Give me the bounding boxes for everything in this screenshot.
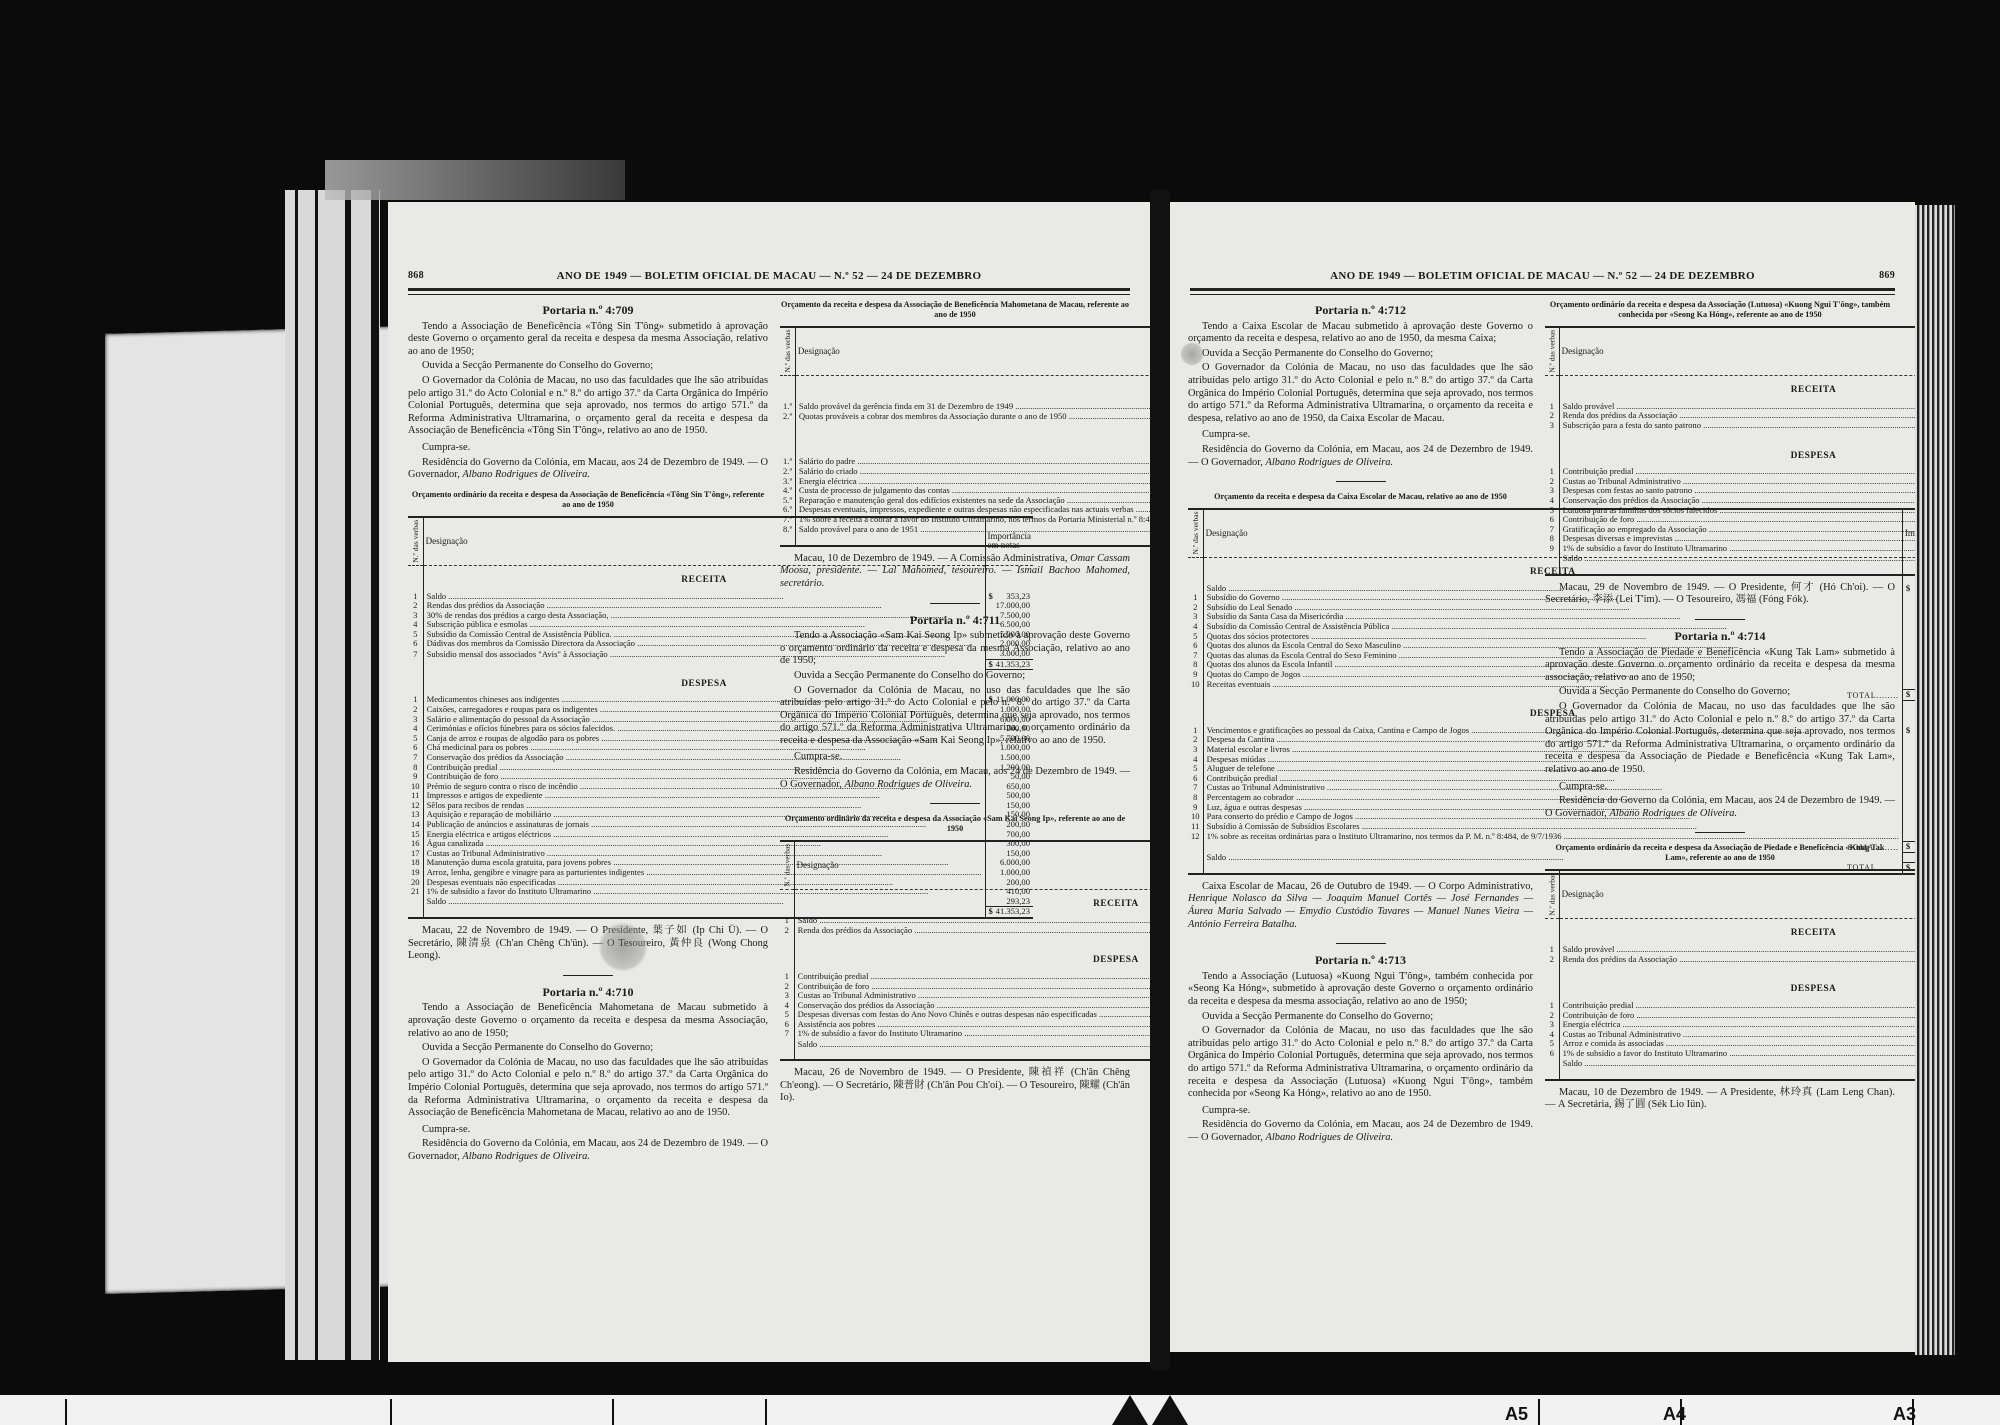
paragraph: Ouvida a Secção Permanente do Conselho d… (1545, 686, 1895, 699)
row-number (780, 1039, 794, 1049)
table-row: 4.ªCusta de processo de julgamento das c… (780, 486, 1150, 496)
table-row: 1Saldo provável$110,73 (1545, 402, 1915, 412)
running-title: ANO DE 1949 — BOLETIM OFICIAL DE MACAU —… (1190, 270, 1895, 282)
signature: Caixa Escolar de Macau, 26 de Outubro de… (1188, 881, 1533, 931)
paragraph: Tendo a Associação «Sam Kai Seong Ip» su… (780, 630, 1130, 668)
total-row: $1.528,54 (780, 1049, 1150, 1060)
frame-label: A3 (1893, 1404, 1916, 1425)
residencia: Residência do Governo da Colónia, em Mac… (408, 457, 768, 482)
separator (1336, 481, 1386, 482)
section-receita: RECEITA (1559, 376, 1915, 402)
paragraph: Tendo a Associação de Beneficência Mahom… (408, 1002, 768, 1040)
cumpra-se: Cumpra-se. (408, 1124, 768, 1137)
row-description: Saldo provável (1563, 945, 1915, 955)
table-row: 3Subscrição para a festa do santo patron… (1545, 421, 1915, 431)
frame-arrow-icon (1152, 1395, 1188, 1425)
column-right-2: Orçamento ordinário da receita e despesa… (1545, 300, 1895, 1114)
table-header: N.º das verbasDesignaçãoImportância em n… (780, 841, 1150, 890)
table-row: Saldo8,03 (1545, 554, 1915, 564)
portaria-title: Portaria n.º 4:709 (408, 304, 768, 317)
running-head-right: ANO DE 1949 — BOLETIM OFICIAL DE MACAU —… (1190, 270, 1895, 288)
table-row: 71% de subsídio a favor do Instituto Ult… (780, 1029, 1150, 1039)
table-row: 2Renda dos prédios da Associação1.200,00 (780, 926, 1150, 936)
row-description: Custa de processo de julgamento das cont… (799, 486, 1150, 496)
row-description: Saldo (1563, 554, 1915, 564)
binding-shadow (325, 160, 625, 200)
separator (930, 803, 980, 804)
row-number (1545, 554, 1559, 564)
row-description: Contribuição de foro (1563, 515, 1915, 525)
portaria-title: Portaria n.º 4:710 (408, 986, 768, 999)
portaria-title: Portaria n.º 4:711 (780, 614, 1130, 627)
governor-name: Albano Rodrigues de Oliveira. (845, 779, 973, 790)
currency-sign: $ (1906, 584, 1910, 594)
table-row: 2.ªQuotas prováveis a cobrar dos membros… (780, 411, 1150, 421)
row-number: 8.ª (780, 525, 795, 535)
paragraph: O Governador da Colónia de Macau, no uso… (408, 375, 768, 438)
row-description: Renda dos prédios da Associação (798, 926, 1150, 936)
table-header: N.º das verbasDesignaçãoImportância em n… (1545, 870, 1915, 919)
table-row: 5.ªReparação e manutenção geral dos edif… (780, 496, 1150, 506)
table-row: 6Contribuição de foro14,00 (1545, 515, 1915, 525)
col-number-header: N.º das verbas (1188, 509, 1203, 557)
table-caption: Orçamento ordinário da receita e despesa… (408, 490, 768, 510)
governor-name: Albano Rodrigues de Oliveira. (1266, 1132, 1394, 1143)
paragraph: Ouvida a Secção Permanente do Conselho d… (408, 360, 768, 373)
row-description: Salário do criado (799, 467, 1150, 477)
row-description: Reparação e manutenção geral dos edifíci… (799, 496, 1150, 506)
portaria-title: Portaria n.º 4:713 (1188, 954, 1533, 967)
residencia: Residência do Governo da Colónia, em Mac… (408, 1138, 768, 1163)
table-row: 1.ªSaldo provável da gerência finda em 3… (780, 402, 1150, 412)
table-row: 2.ªSalário do criado240,00 (780, 467, 1150, 477)
right-page-stack (1915, 205, 1955, 1355)
row-description: Contribuição predial (1563, 467, 1915, 477)
paragraph: Tendo a Associação de Beneficência «Tông… (408, 321, 768, 359)
budget-table-4713: N.º das verbasDesignaçãoImportância em n… (1545, 326, 1915, 576)
table-row: 2Contribuição de foro4,50 (1545, 1011, 1915, 1021)
page-869: ANO DE 1949 — BOLETIM OFICIAL DE MACAU —… (1170, 202, 1915, 1352)
table-caption: Orçamento da receita e despesa da Caixa … (1188, 492, 1533, 502)
cumpra-se: Cumpra-se. (1545, 781, 1895, 794)
governor-name: Albano Rodrigues de Oliveira. (462, 469, 590, 480)
table-row: 8Despesas diversas e imprevistas60,00 (1545, 534, 1915, 544)
table-row: 1Saldo provável$63,68 (1545, 945, 1915, 955)
row-description: Despesas com festas ao santo patrono (1563, 486, 1915, 496)
total-row: SOMA ........$8.438,00 (780, 535, 1150, 546)
row-number: 1.ª (780, 402, 795, 412)
row-description: Salário do padre (799, 457, 1150, 467)
signature-names: Henrique Nolasco da Silva — Joaquim Manu… (1188, 893, 1533, 929)
frame-tick (612, 1399, 614, 1425)
row-number: 2.ª (780, 411, 795, 421)
row-description: Contribuição de foro (798, 982, 1150, 992)
col-designation-header: Designação (1559, 327, 1915, 376)
left-page-stack (285, 190, 380, 1360)
currency-sign: $ (1906, 842, 1910, 852)
table-row: 91% de subsídio a favor do Instituto Ult… (1545, 544, 1915, 554)
section-despesa: DESPESA (1559, 442, 1915, 468)
row-description: 1% de subsídio a favor do Instituto Ultr… (798, 1029, 1150, 1039)
microfilm-strip: A5 A4 A3 (0, 1395, 2000, 1425)
row-description: Contribuição predial (798, 972, 1150, 982)
table-caption: Orçamento ordinário da receita e despesa… (780, 814, 1130, 834)
row-description: Conservação dos prédios da Associação (798, 1001, 1150, 1011)
signature: Macau, 26 de Novembro de 1949. — O Presi… (780, 1067, 1130, 1105)
table-row: Saldo292,54 (780, 1039, 1150, 1049)
table-row: 3Custas ao Tribunal Administrativo82,00 (780, 991, 1150, 1001)
table-header: N.º das verbasDesignaçãoImportâncias (780, 327, 1150, 375)
column-right-1: Portaria n.º 4:712 Tendo a Caixa Escolar… (1188, 300, 1533, 1146)
residencia: Residência do Governo da Colónia, em Mac… (1188, 1119, 1533, 1144)
row-number: 7 (408, 649, 423, 659)
col-designation-header: Designação (795, 327, 1150, 375)
separator (563, 975, 613, 976)
row-description: Saldo provável (1563, 402, 1915, 412)
col-number-header: N.º das verbas (780, 841, 794, 890)
running-title: ANO DE 1949 — BOLETIM OFICIAL DE MACAU —… (408, 270, 1130, 282)
signature: Macau, 10 de Dezembro de 1949. — A Presi… (1545, 1087, 1895, 1112)
paragraph: Tendo a Caixa Escolar de Macau submetido… (1188, 321, 1533, 346)
row-description: Quotas prováveis a cobrar dos membros da… (799, 412, 1150, 422)
paragraph: O Governador da Colónia de Macau, no uso… (1545, 701, 1895, 777)
row-description: Despesas diversas com festas do Ano Novo… (798, 1010, 1150, 1020)
table-row: 7Gratificação ao empregado da Associação… (1545, 525, 1915, 535)
frame-label: A5 (1505, 1404, 1528, 1425)
portaria-title: Portaria n.º 4:712 (1188, 304, 1533, 317)
frame-tick (1538, 1399, 1540, 1425)
portaria-title: Portaria n.º 4:714 (1545, 630, 1895, 643)
row-description: Saldo (798, 916, 1150, 926)
cumpra-se: Cumpra-se. (1188, 1105, 1533, 1118)
frame-tick (65, 1399, 67, 1425)
row-description: Gratificação ao empregado da Associação (1563, 525, 1915, 535)
total-row: $1.528,54 (780, 936, 1150, 947)
page-number: 869 (1879, 270, 1895, 281)
table-caption: Orçamento ordinário da receita e despesa… (1545, 300, 1895, 320)
row-description: Energia eléctrica (1563, 1020, 1915, 1030)
row-number: 2 (780, 926, 794, 936)
row-number: 2 (1545, 955, 1559, 965)
table-row: 4Custas ao Tribunal Administrativo78,00 (1545, 1030, 1915, 1040)
frame-tick (765, 1399, 767, 1425)
governor-name: Albano Rodrigues de Oliveira. (1266, 457, 1394, 468)
table-header: N.º das verbasDesignaçãoImportância em n… (1545, 327, 1915, 376)
row-description: Renda dos prédios da Associação (1563, 955, 1915, 965)
row-number: 10 (1188, 680, 1203, 690)
page-868: 868 ANO DE 1949 — BOLETIM OFICIAL DE MAC… (388, 202, 1150, 1362)
portaria-4713: Portaria n.º 4:713 Tendo a Associação (L… (1188, 954, 1533, 1144)
signature-prefix: Caixa Escolar de Macau, 26 de Outubro de… (1202, 881, 1533, 892)
row-number (408, 897, 423, 907)
currency-sign: $ (1906, 726, 1910, 736)
budget-table-4711: N.º das verbasDesignaçãoImportância em n… (780, 840, 1150, 1061)
frame-arrow-icon (1112, 1395, 1148, 1425)
row-description: 1% sobre a receita a cobrar a favor do I… (799, 515, 1150, 525)
section-receita: RECEITA (1559, 919, 1915, 945)
column-left-2: Orçamento da receita e despesa da Associ… (780, 300, 1130, 1107)
section-receita: RECEITA (795, 375, 1150, 401)
table-row: 2Renda dos prédios da Associação1.200,00 (1545, 955, 1915, 965)
paragraph: O Governador da Colónia de Macau, no uso… (1188, 1025, 1533, 1101)
table-row: 6.ªDespesas eventuais, impressos, expedi… (780, 505, 1150, 515)
ink-stain (1180, 342, 1204, 366)
table-row: 8.ªSaldo provável para o ano de 19516.41… (780, 525, 1150, 535)
running-head-left: 868 ANO DE 1949 — BOLETIM OFICIAL DE MAC… (408, 270, 1130, 288)
paragraph: O Governador da Colónia de Macau, no uso… (1188, 362, 1533, 425)
row-description: Saldo provável para o ano de 1951 (799, 525, 1150, 535)
row-number: 6 (1545, 1049, 1559, 1059)
total-row: $1.263,68 (1545, 1069, 1915, 1080)
paragraph: Ouvida a Secção Permanente do Conselho d… (408, 1042, 768, 1055)
table-row: 4Conservação dos prédios da Associação10… (1545, 496, 1915, 506)
cumpra-se: Cumpra-se. (780, 751, 1130, 764)
signature-prefix: Macau, 10 de Dezembro de 1949. — A Comis… (794, 553, 1068, 564)
cumpra-se: Cumpra-se. (408, 442, 768, 455)
section-receita: RECEITA (794, 890, 1150, 916)
separator (1695, 832, 1745, 833)
frame-label: A4 (1663, 1404, 1686, 1425)
table-row: 5Lutuosa para as famílias dos sócios fal… (1545, 506, 1915, 516)
row-description: Despesas eventuais, impressos, expedient… (799, 505, 1150, 515)
separator (1336, 943, 1386, 944)
col-designation-header: Designação (1559, 870, 1915, 919)
row-number: 3 (1545, 421, 1559, 431)
table-row: 61% de subsídio a favor do Instituto Ult… (1545, 1049, 1915, 1059)
row-description: Contribuição de foro (1563, 1011, 1915, 1021)
governor-name: Albano Rodrigues de Oliveira. (462, 1151, 590, 1162)
table-row: Saldo56,18 (1545, 1059, 1915, 1069)
residencia: Residência do Governo da Colónia, em Mac… (780, 766, 1130, 791)
table-row: 5Despesas diversas com festas do Ano Nov… (780, 1010, 1150, 1020)
paragraph: O Governador da Colónia de Macau, no uso… (408, 1057, 768, 1120)
row-description: Custas ao Tribunal Administrativo (798, 991, 1150, 1001)
table-caption: Orçamento da receita e despesa da Associ… (780, 300, 1130, 320)
row-description: Lutuosa para as famílias dos sócios fale… (1563, 506, 1915, 516)
row-description: 1% de subsídio a favor do Instituto Ultr… (1563, 1049, 1915, 1059)
cumpra-se: Cumpra-se. (1188, 429, 1533, 442)
table-row: 3Energia eléctrica135,00 (1545, 1020, 1915, 1030)
table-row: 5Arroz e comida às associadas768,00 (1545, 1039, 1915, 1049)
paragraph: Ouvida a Secção Permanente do Conselho d… (1188, 348, 1533, 361)
section-despesa: DESPESA (794, 946, 1150, 972)
paragraph: Ouvida a Secção Permanente do Conselho d… (780, 670, 1130, 683)
total-row: SOMA ........$8.438,00 (780, 421, 1150, 432)
total-row: $890,73 (1545, 564, 1915, 575)
table-row: 1Contribuição predial$228,00 (780, 972, 1150, 982)
ink-stain (598, 922, 648, 972)
signature: Macau, 22 de Novembro de 1949. — O Presi… (408, 925, 768, 963)
total-row: $890,73 (1545, 431, 1915, 442)
header-rule (1190, 288, 1895, 295)
table-row: 1.ªSalário do padre$960,00 (780, 457, 1150, 467)
frame-tick (390, 1399, 392, 1425)
budget-table-4710: N.º das verbasDesignaçãoImportânciasRECE… (780, 326, 1150, 547)
separator (1695, 619, 1745, 620)
row-number: 11 (1188, 822, 1203, 832)
separator (930, 603, 980, 604)
portaria-4710: Portaria n.º 4:710 Tendo a Associação de… (408, 986, 768, 1164)
table-row: 2Contribuição de foro34,00 (780, 982, 1150, 992)
table-row: 3.ªEnergia eléctrica100,00 (780, 477, 1150, 487)
budget-table-4714: N.º das verbasDesignaçãoImportância em n… (1545, 869, 1915, 1080)
portaria-4714: Portaria n.º 4:714 Tendo a Associação de… (1545, 630, 1895, 1112)
row-description: Custas ao Tribunal Administrativo (1563, 477, 1915, 487)
paragraph: Tendo a Associação de Piedade e Beneficê… (1545, 647, 1895, 685)
signature: Macau, 29 de Novembro de 1949. — O Presi… (1545, 582, 1895, 607)
row-number: 9 (1545, 544, 1559, 554)
table-row: 3Despesas com festas ao santo patrono60,… (1545, 486, 1915, 496)
table-row: 2Renda dos prédios da Associação720,00 (1545, 411, 1915, 421)
header-rule (408, 288, 1130, 295)
book-gutter (1150, 190, 1170, 1370)
table-row: 1Saldo$328,54 (780, 916, 1150, 926)
row-description: Energia eléctrica (799, 477, 1150, 487)
row-description: 1% de subsídio a favor do Instituto Ultr… (1563, 544, 1915, 554)
table-row: 6Assistência aos pobres200,00 (780, 1020, 1150, 1030)
row-number (1545, 1059, 1559, 1069)
row-description: Saldo provável da gerência finda em 31 d… (799, 402, 1150, 412)
column-left-1: Portaria n.º 4:709 Tendo a Associação de… (408, 300, 768, 1166)
portaria-4712: Portaria n.º 4:712 Tendo a Caixa Escolar… (1188, 304, 1533, 931)
table-row: 2Custas ao Tribunal Administrativo80,00 (1545, 477, 1915, 487)
row-number: 21 (408, 887, 423, 897)
row-number: 12 (1188, 831, 1203, 841)
row-description: Contribuição predial (1563, 1001, 1915, 1011)
currency-sign: $ (1906, 690, 1910, 700)
paragraph: O Governador da Colónia de Macau, no uso… (780, 685, 1130, 748)
row-description: Conservação dos prédios da Associação (1563, 496, 1915, 506)
total-row: $1.263,68 (1545, 965, 1915, 976)
portaria-4711: Portaria n.º 4:711 Tendo a Associação «S… (780, 614, 1130, 1106)
col-designation-header: Designação (794, 841, 1150, 890)
row-description: Arroz e comida às associadas (1563, 1039, 1915, 1049)
row-description: Assistência aos pobres (798, 1020, 1150, 1030)
signature: Macau, 10 de Dezembro de 1949. — A Comis… (780, 553, 1130, 591)
table-row: 7.ª1% sobre a receita a cobrar a favor d… (780, 515, 1150, 525)
col-number-header: N.º das verbas (780, 327, 795, 375)
row-description: Despesas diversas e imprevistas (1563, 534, 1915, 544)
portaria-4709: Portaria n.º 4:709 Tendo a Associação de… (408, 304, 768, 963)
paragraph: Ouvida a Secção Permanente do Conselho d… (1188, 1011, 1533, 1024)
col-number-header: N.º das verbas (1545, 327, 1559, 376)
table-row: 1Contribuição predial$136,90 (1545, 467, 1915, 477)
col-number-header: N.º das verbas (1545, 870, 1559, 919)
row-description: Saldo (1563, 1059, 1915, 1069)
row-description: Renda dos prédios da Associação (1563, 411, 1915, 421)
row-number: 7 (780, 1029, 794, 1039)
row-number: 6 (408, 639, 423, 649)
row-description: Saldo (798, 1040, 1150, 1050)
paragraph: Tendo a Associação (Lutuosa) «Kuong Ngui… (1188, 971, 1533, 1009)
governor-name: Albano Rodrigues de Oliveira. (1610, 808, 1738, 819)
row-description: Subscrição para a festa do santo patrono (1563, 421, 1915, 431)
table-row: 1Contribuição predial$210,00 (1545, 1001, 1915, 1011)
section-despesa: DESPESA (1559, 975, 1915, 1001)
residencia: Residência do Governo da Colónia, em Mac… (1188, 444, 1533, 469)
row-description: Custas ao Tribunal Administrativo (1563, 1030, 1915, 1040)
table-row: 4Conservação dos prédios da Associação28… (780, 1001, 1150, 1011)
section-despesa: DESPESA (795, 432, 1150, 458)
table-caption: Orçamento ordinário da receita e despesa… (1545, 843, 1895, 863)
col-number-header: N.º das verbas (408, 517, 423, 566)
residencia: Residência do Governo da Colónia, em Mac… (1545, 795, 1895, 820)
